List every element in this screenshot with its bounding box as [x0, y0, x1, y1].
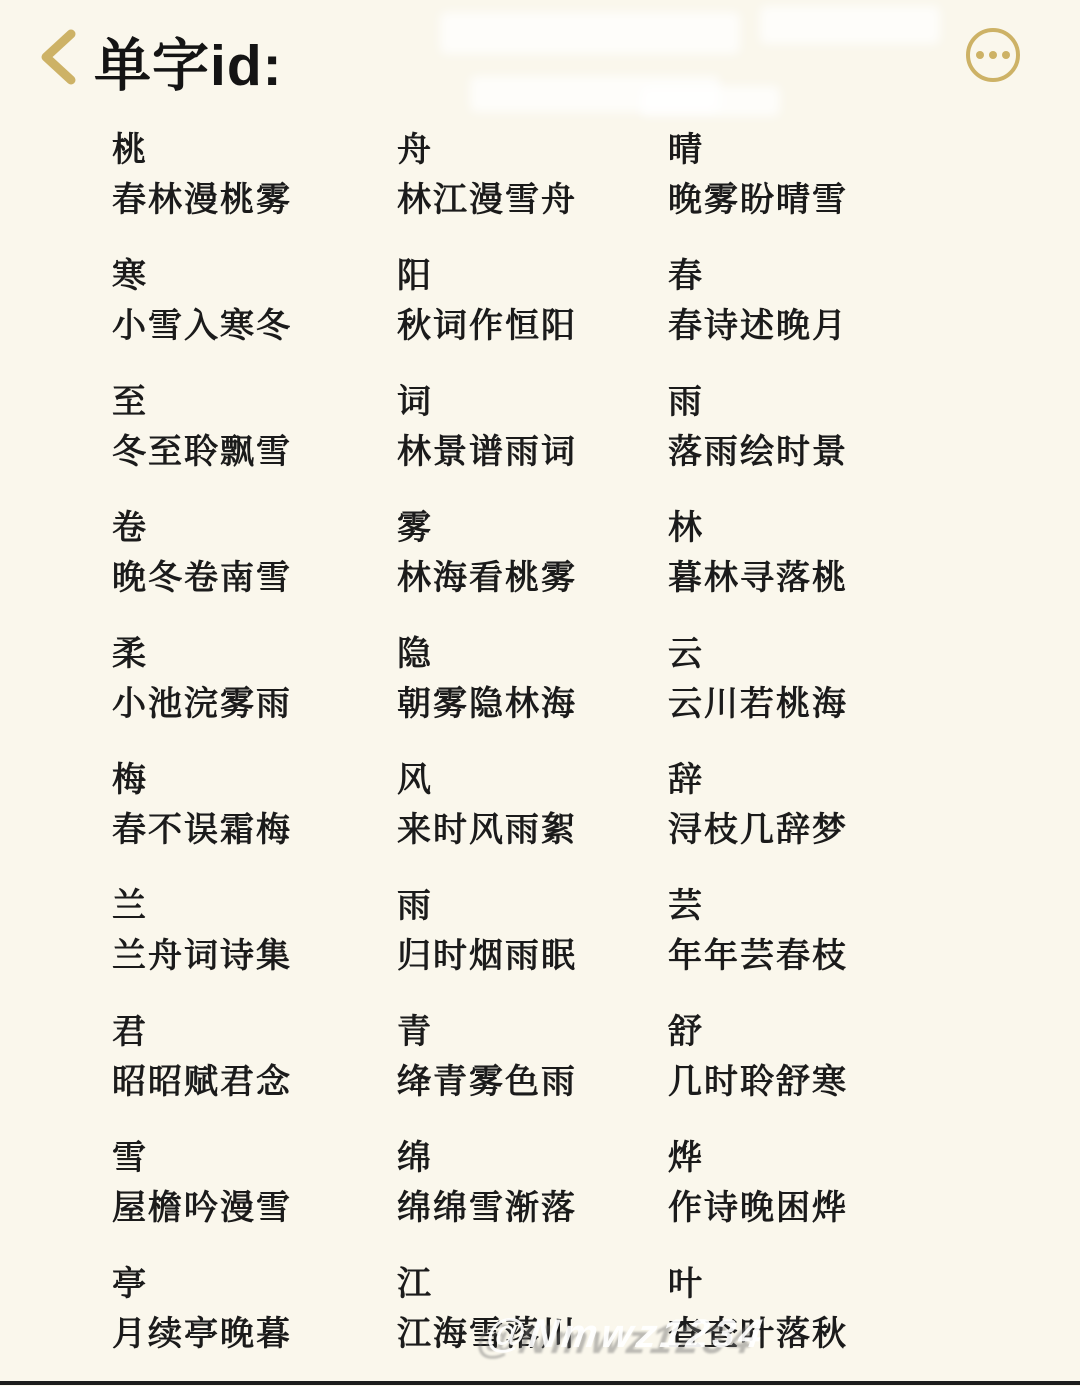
entry-cell: 林暮林寻落桃 [668, 508, 1080, 634]
entry-id: 兰 [112, 886, 397, 926]
erased-watermark-artifact [640, 86, 780, 116]
entry-phrase: 作诗晚困烨 [668, 1186, 1080, 1230]
entry-cell: 江江海雪落川 [397, 1264, 668, 1386]
entry-phrase: 落雨绘时景 [668, 430, 1080, 474]
entry-phrase: 浔枝几辞梦 [668, 808, 1080, 852]
more-options-button[interactable] [966, 28, 1020, 82]
entry-id: 叶 [668, 1264, 1080, 1304]
entry-id: 江 [397, 1264, 668, 1304]
entry-phrase: 兰舟词诗集 [112, 934, 397, 978]
entry-cell: 阳秋词作恒阳 [397, 256, 668, 382]
entry-cell: 兰兰舟词诗集 [112, 886, 397, 1012]
entry-phrase: 绛青雾色雨 [397, 1060, 668, 1104]
entry-phrase: 冬至聆飘雪 [112, 430, 397, 474]
entry-cell: 君昭昭赋君念 [112, 1012, 397, 1138]
entry-phrase: 春林漫桃雾 [112, 178, 397, 222]
entry-cell: 晴晚雾盼晴雪 [668, 130, 1080, 256]
entry-cell: 隐朝雾隐林海 [397, 634, 668, 760]
entry-phrase: 春不误霜梅 [112, 808, 397, 852]
entry-phrase: 林海看桃雾 [397, 556, 668, 600]
entry-id: 词 [397, 382, 668, 422]
entry-id: 寒 [112, 256, 397, 296]
ellipsis-icon [1002, 51, 1010, 59]
entry-cell: 叶查查叶落秋 [668, 1264, 1080, 1386]
entry-id: 青 [397, 1012, 668, 1052]
entry-cell: 青绛青雾色雨 [397, 1012, 668, 1138]
entry-phrase: 月续亭晚暮 [112, 1312, 397, 1356]
character-id-grid: 桃春林漫桃雾舟林江漫雪舟晴晚雾盼晴雪寒小雪入寒冬阳秋词作恒阳春春诗述晚月至冬至聆… [0, 130, 1080, 1386]
entry-cell: 绵绵绵雪渐落 [397, 1138, 668, 1264]
entry-cell: 词林景谱雨词 [397, 382, 668, 508]
ellipsis-icon [976, 51, 984, 59]
entry-phrase: 小雪入寒冬 [112, 304, 397, 348]
entry-cell: 云云川若桃海 [668, 634, 1080, 760]
entry-phrase: 林景谱雨词 [397, 430, 668, 474]
entry-id: 阳 [397, 256, 668, 296]
entry-phrase: 查查叶落秋 [668, 1312, 1080, 1356]
entry-id: 绵 [397, 1138, 668, 1178]
entry-phrase: 昭昭赋君念 [112, 1060, 397, 1104]
entry-id: 卷 [112, 508, 397, 548]
entry-cell: 舟林江漫雪舟 [397, 130, 668, 256]
erased-watermark-artifact [440, 12, 740, 54]
entry-cell: 至冬至聆飘雪 [112, 382, 397, 508]
entry-id: 舟 [397, 130, 668, 170]
entry-cell: 烨作诗晚困烨 [668, 1138, 1080, 1264]
entry-cell: 寒小雪入寒冬 [112, 256, 397, 382]
entry-cell: 梅春不误霜梅 [112, 760, 397, 886]
chevron-left-icon [37, 28, 79, 91]
entry-cell: 亭月续亭晚暮 [112, 1264, 397, 1386]
entry-cell: 雾林海看桃雾 [397, 508, 668, 634]
entry-id: 烨 [668, 1138, 1080, 1178]
entry-phrase: 年年芸春枝 [668, 934, 1080, 978]
entry-phrase: 归时烟雨眠 [397, 934, 668, 978]
entry-id: 晴 [668, 130, 1080, 170]
entry-cell: 柔小池浣雾雨 [112, 634, 397, 760]
entry-cell: 雨落雨绘时景 [668, 382, 1080, 508]
entry-id: 梅 [112, 760, 397, 800]
entry-id: 隐 [397, 634, 668, 674]
entry-phrase: 晚雾盼晴雪 [668, 178, 1080, 222]
entry-phrase: 江海雪落川 [397, 1312, 668, 1356]
entry-id: 雨 [397, 886, 668, 926]
entry-phrase: 春诗述晚月 [668, 304, 1080, 348]
entry-phrase: 林江漫雪舟 [397, 178, 668, 222]
entry-cell: 舒几时聆舒寒 [668, 1012, 1080, 1138]
entry-id: 芸 [668, 886, 1080, 926]
erased-watermark-artifact [760, 6, 940, 44]
entry-phrase: 来时风雨絮 [397, 808, 668, 852]
bottom-edge-bar [0, 1381, 1080, 1385]
entry-id: 舒 [668, 1012, 1080, 1052]
entry-phrase: 朝雾隐林海 [397, 682, 668, 726]
entry-id: 至 [112, 382, 397, 422]
entry-phrase: 几时聆舒寒 [668, 1060, 1080, 1104]
entry-cell: 桃春林漫桃雾 [112, 130, 397, 256]
entry-phrase: 晚冬卷南雪 [112, 556, 397, 600]
back-button[interactable] [30, 26, 86, 92]
ellipsis-icon [989, 51, 997, 59]
entry-id: 春 [668, 256, 1080, 296]
entry-id: 云 [668, 634, 1080, 674]
entry-cell: 辞浔枝几辞梦 [668, 760, 1080, 886]
entry-cell: 芸年年芸春枝 [668, 886, 1080, 1012]
entry-cell: 卷晚冬卷南雪 [112, 508, 397, 634]
entry-id: 柔 [112, 634, 397, 674]
entry-id: 雾 [397, 508, 668, 548]
entry-id: 风 [397, 760, 668, 800]
entry-cell: 风来时风雨絮 [397, 760, 668, 886]
entry-phrase: 云川若桃海 [668, 682, 1080, 726]
entry-id: 君 [112, 1012, 397, 1052]
entry-id: 辞 [668, 760, 1080, 800]
entry-phrase: 小池浣雾雨 [112, 682, 397, 726]
entry-phrase: 屋檐吟漫雪 [112, 1186, 397, 1230]
entry-id: 林 [668, 508, 1080, 548]
entry-cell: 雪屋檐吟漫雪 [112, 1138, 397, 1264]
entry-cell: 雨归时烟雨眠 [397, 886, 668, 1012]
entry-id: 雨 [668, 382, 1080, 422]
entry-phrase: 绵绵雪渐落 [397, 1186, 668, 1230]
entry-id: 桃 [112, 130, 397, 170]
entry-phrase: 暮林寻落桃 [668, 556, 1080, 600]
page-title: 单字id: [94, 20, 283, 102]
entry-cell: 春春诗述晚月 [668, 256, 1080, 382]
entry-id: 亭 [112, 1264, 397, 1304]
entry-phrase: 秋词作恒阳 [397, 304, 668, 348]
entry-id: 雪 [112, 1138, 397, 1178]
